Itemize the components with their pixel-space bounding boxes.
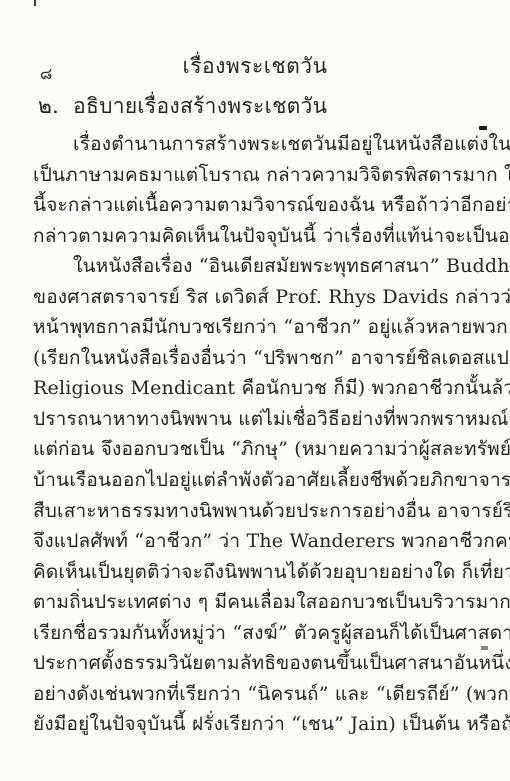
book-page: ๘ เรื่องพระเชตวัน ๒. อธิบายเรื่องสร้างพร…	[0, 0, 510, 781]
body-line: คิดเห็นเป็นยุตติว่าจะถึงนิพพานได้ด้วยอุบ…	[33, 557, 472, 588]
body-line: เป็นภาษามคธมาแต่โบราณ กล่าวความวิจิตรพิส…	[33, 160, 472, 191]
section-heading: ๒. อธิบายเรื่องสร้างพระเชตวัน	[38, 90, 327, 123]
body-line: (เรียกในหนังสือเรื่องอื่นว่า “ปริพาชก” อ…	[33, 343, 472, 374]
body-line: บ้านเรือนออกไปอยู่แต่ลำพังตัวอาศัยเลี้ยง…	[33, 465, 472, 496]
running-title: เรื่องพระเชตวัน	[0, 50, 510, 83]
paragraph: เรื่องตำนานการสร้างพระเชตวันมีอยู่ในหนัง…	[33, 129, 472, 251]
body-line: อย่างดังเช่นพวกที่เรียกว่า “นิครนถ์” และ…	[33, 679, 472, 710]
body-line: กล่าวตามความคิดเห็นในปัจจุบันนี้ ว่าเรื่…	[33, 221, 472, 252]
body-line: เรียกชื่อรวมกันทั้งหมู่ว่า “สงฆ์” ตัวครู…	[33, 618, 472, 649]
body-line: สืบเสาะหาธรรมทางนิพพานด้วยประการอย่างอื่…	[33, 496, 472, 527]
ink-speck-right-low	[481, 646, 488, 650]
body-line: จึงแปลศัพท์ “อาชีวก” ว่า The Wanderers พ…	[33, 526, 472, 557]
ink-speck-top	[34, 0, 36, 6]
body-line: ประกาศตั้งธรรมวินัยตามลัทธิของตนขึ้นเป็น…	[33, 648, 472, 679]
body-line: ตามถิ่นประเทศต่าง ๆ มีคนเลื่อมใสออกบวชเป…	[33, 587, 472, 618]
body-line: ในหนังสือเรื่อง “อินเดียสมัยพระพุทธศาสนา…	[33, 251, 472, 282]
body-line: ปรารถนาหาทางนิพพาน แต่ไม่เชื่อวิธีอย่างท…	[33, 404, 472, 435]
body-line: นี้จะกล่าวแต่เนื้อความตามวิจารณ์ของฉัน ห…	[33, 190, 472, 221]
body-line: ยังมีอยู่ในปัจจุบันนี้ ฝรั่งเรียกว่า “เช…	[33, 709, 472, 740]
body-line: เรื่องตำนานการสร้างพระเชตวันมีอยู่ในหนัง…	[33, 129, 472, 160]
body-line: แต่ก่อน จึงออกบวชเป็น “ภิกษุ” (หมายความว…	[33, 434, 472, 465]
body-line: Religious Mendicant คือนักบวช ก็มี) พวกอ…	[33, 373, 472, 404]
body-text: เรื่องตำนานการสร้างพระเชตวันมีอยู่ในหนัง…	[33, 129, 472, 740]
body-line: หน้าพุทธกาลมีนักบวชเรียกว่า “อาชีวก” อยู…	[33, 312, 472, 343]
body-line: ของศาสตราจารย์ ริส เดวิดส์ Prof. Rhys Da…	[33, 282, 472, 313]
paragraph: ในหนังสือเรื่อง “อินเดียสมัยพระพุทธศาสนา…	[33, 251, 472, 740]
